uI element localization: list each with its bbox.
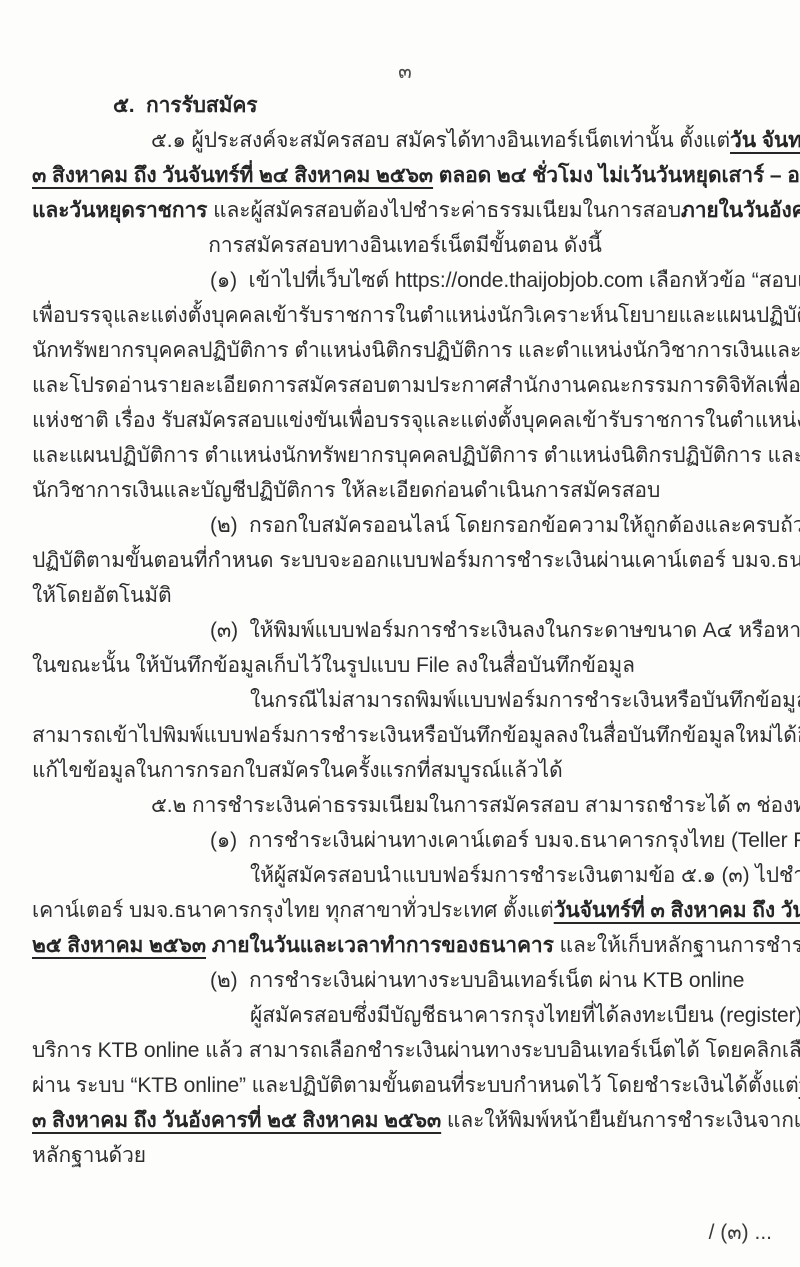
text-run: ให้โดยอัตโนมัติ	[32, 584, 172, 607]
text-run: ๕.๒ การชำระเงินค่าธรรมเนียมในการสมัครสอบ…	[151, 794, 800, 817]
text-run: เคาน์เตอร์ บมจ.ธนาคารกรุงไทย ทุกสาขาทั่ว…	[32, 899, 554, 922]
text-line: เคาน์เตอร์ บมจ.ธนาคารกรุงไทย ทุกสาขาทั่ว…	[32, 893, 778, 928]
text-line: นักวิชาการเงินและบัญชีปฏิบัติการ ให้ละเอ…	[32, 473, 778, 508]
text-line: แห่งชาติ เรื่อง รับสมัครสอบแข่งขันเพื่อบ…	[32, 403, 778, 438]
text-line: ในขณะนั้น ให้บันทึกข้อมูลเก็บไว้ในรูปแบบ…	[32, 648, 778, 683]
document-page: ๓ ๕. การรับสมัคร๕.๑ ผู้ประสงค์จะสมัครสอบ…	[0, 0, 800, 1267]
text-run: ๓ สิงหาคม ถึง วันจันทร์ที่ ๒๔ สิงหาคม ๒๕…	[32, 164, 433, 187]
text-line: สามารถเข้าไปพิมพ์แบบฟอร์มการชำระเงินหรือ…	[32, 718, 778, 753]
text-run: การสมัครสอบทางอินเทอร์เน็ตมีขั้นตอน ดังน…	[208, 234, 602, 257]
text-line: หลักฐานด้วย	[32, 1138, 778, 1173]
text-line: แก้ไขข้อมูลในการกรอกใบสมัครในครั้งแรกที่…	[32, 753, 778, 788]
text-line: และวันหยุดราชการ และผู้สมัครสอบต้องไปชำร…	[32, 193, 778, 228]
text-line: (๒) กรอกใบสมัครออนไลน์ โดยกรอกข้อความให้…	[32, 508, 778, 543]
text-run: นักวิชาการเงินและบัญชีปฏิบัติการ ให้ละเอ…	[32, 479, 660, 502]
text-run: (๑) เข้าไปที่เว็บไซต์	[210, 269, 395, 292]
text-run: และผู้สมัครสอบต้องไปชำระค่าธรรมเนียมในกา…	[207, 199, 681, 222]
text-run: ภายในวันอังคารที่ ๒๕ สิงหาคม ๒๕๖๓	[681, 199, 800, 222]
text-run: เลือกหัวข้อ “สอบแข่งขัน	[643, 269, 800, 292]
document-content: ๓ ๕. การรับสมัคร๕.๑ ผู้ประสงค์จะสมัครสอบ…	[32, 0, 778, 1173]
text-run: ๓ สิงหาคม ถึง วันอังคารที่ ๒๕ สิงหาคม ๒๕…	[32, 1109, 441, 1132]
text-line: นักทรัพยากรบุคคลปฏิบัติการ ตำแหน่งนิติกร…	[32, 333, 778, 368]
text-line: ๕. การรับสมัคร	[32, 88, 778, 123]
text-run: ในขณะนั้น ให้บันทึกข้อมูลเก็บไว้ในรูปแบบ…	[32, 654, 635, 677]
text-run: และแผนปฏิบัติการ ตำแหน่งนักทรัพยากรบุคคล…	[32, 444, 800, 467]
text-run: และโปรดอ่านรายละเอียดการสมัครสอบตามประกา…	[32, 374, 800, 397]
text-line: (๑) เข้าไปที่เว็บไซต์ https://onde.thaij…	[32, 263, 778, 298]
text-run: และให้เก็บหลักฐานการชำระเงินไว้ด้วย	[554, 934, 800, 957]
text-run: บริการ KTB online แล้ว สามารถเลือกชำระเง…	[32, 1039, 800, 1062]
text-run: เพื่อบรรจุและแต่งตั้งบุคคลเข้ารับราชการใ…	[32, 304, 800, 327]
document-body: ๕. การรับสมัคร๕.๑ ผู้ประสงค์จะสมัครสอบ ส…	[32, 88, 778, 1173]
text-run: นักทรัพยากรบุคคลปฏิบัติการ ตำแหน่งนิติกร…	[32, 339, 800, 362]
text-line: เพื่อบรรจุและแต่งตั้งบุคคลเข้ารับราชการใ…	[32, 298, 778, 333]
text-line: ๕.๑ ผู้ประสงค์จะสมัครสอบ สมัครได้ทางอินเ…	[32, 123, 778, 158]
text-line: ให้โดยอัตโนมัติ	[32, 578, 778, 613]
page-number: ๓	[32, 56, 778, 88]
text-line: ๓ สิงหาคม ถึง วันจันทร์ที่ ๒๔ สิงหาคม ๒๕…	[32, 158, 778, 193]
text-line: ให้ผู้สมัครสอบนำแบบฟอร์มการชำระเงินตามข้…	[32, 858, 778, 893]
text-line: ผู้สมัครสอบซึ่งมีบัญชีธนาคารกรุงไทยที่ได…	[32, 998, 778, 1033]
text-line: (๒) การชำระเงินผ่านทางระบบอินเทอร์เน็ต ผ…	[32, 963, 778, 998]
text-run: (๓) ให้พิมพ์แบบฟอร์มการชำระเงินลงในกระดา…	[210, 619, 800, 642]
text-run: และให้พิมพ์หน้ายืนยันการชำระเงินจากเว็บไ…	[441, 1109, 800, 1132]
text-run: ตลอด ๒๔ ชั่วโมง ไม่เว้นวันหยุดเสาร์ – อา…	[433, 164, 800, 187]
text-run: ในกรณีไม่สามารถพิมพ์แบบฟอร์มการชำระเงินห…	[250, 689, 800, 712]
text-line: ๓ สิงหาคม ถึง วันอังคารที่ ๒๕ สิงหาคม ๒๕…	[32, 1103, 778, 1138]
text-run: วันจันทร์ที่ ๓ สิงหาคม ถึง วันอังคารที่	[554, 899, 800, 922]
text-run: และวันหยุดราชการ	[32, 199, 207, 222]
page-continuation-marker: / (๓) ...	[709, 1216, 772, 1249]
text-run: (๑) การชำระเงินผ่านทางเคาน์เตอร์ บมจ.ธนา…	[210, 829, 800, 852]
text-line: (๓) ให้พิมพ์แบบฟอร์มการชำระเงินลงในกระดา…	[32, 613, 778, 648]
text-run: ๕. การรับสมัคร	[113, 94, 257, 117]
text-line: และโปรดอ่านรายละเอียดการสมัครสอบตามประกา…	[32, 368, 778, 403]
text-line: บริการ KTB online แล้ว สามารถเลือกชำระเง…	[32, 1033, 778, 1068]
text-run: แห่งชาติ เรื่อง รับสมัครสอบแข่งขันเพื่อบ…	[32, 409, 800, 432]
text-line: การสมัครสอบทางอินเทอร์เน็ตมีขั้นตอน ดังน…	[32, 228, 778, 263]
text-run: (๒) การชำระเงินผ่านทางระบบอินเทอร์เน็ต ผ…	[210, 969, 744, 992]
text-line: ปฏิบัติตามขั้นตอนที่กำหนด ระบบจะออกแบบฟอ…	[32, 543, 778, 578]
text-run: ให้ผู้สมัครสอบนำแบบฟอร์มการชำระเงินตามข้…	[250, 864, 800, 887]
text-run: ปฏิบัติตามขั้นตอนที่กำหนด ระบบจะออกแบบฟอ…	[32, 549, 800, 572]
text-line: (๑) การชำระเงินผ่านทางเคาน์เตอร์ บมจ.ธนา…	[32, 823, 778, 858]
text-run: ภายในวันและเวลาทำการของธนาคาร	[206, 934, 554, 957]
text-run: ๕.๑ ผู้ประสงค์จะสมัครสอบ สมัครได้ทางอินเ…	[151, 129, 730, 152]
text-run: ๒๕ สิงหาคม ๒๕๖๓	[32, 934, 206, 957]
text-line: ๒๕ สิงหาคม ๒๕๖๓ ภายในวันและเวลาทำการของธ…	[32, 928, 778, 963]
text-line: ในกรณีไม่สามารถพิมพ์แบบฟอร์มการชำระเงินห…	[32, 683, 778, 718]
text-line: ผ่าน ระบบ “KTB online” และปฏิบัติตามขั้น…	[32, 1068, 778, 1103]
text-run: หลักฐานด้วย	[32, 1144, 146, 1167]
text-run: ผ่าน ระบบ “KTB online” และปฏิบัติตามขั้น…	[32, 1074, 799, 1097]
text-run: สามารถเข้าไปพิมพ์แบบฟอร์มการชำระเงินหรือ…	[32, 724, 800, 747]
text-run: (๒) กรอกใบสมัครออนไลน์ โดยกรอกข้อความให้…	[210, 514, 800, 537]
text-line: ๕.๒ การชำระเงินค่าธรรมเนียมในการสมัครสอบ…	[32, 788, 778, 823]
text-line: และแผนปฏิบัติการ ตำแหน่งนักทรัพยากรบุคคล…	[32, 438, 778, 473]
url-text: https://onde.thaijobjob.com	[395, 269, 643, 292]
text-run: ผู้สมัครสอบซึ่งมีบัญชีธนาคารกรุงไทยที่ได…	[250, 1004, 800, 1027]
text-run: แก้ไขข้อมูลในการกรอกใบสมัครในครั้งแรกที่…	[32, 759, 563, 782]
text-run: วัน จันทร์ที่	[730, 129, 800, 152]
